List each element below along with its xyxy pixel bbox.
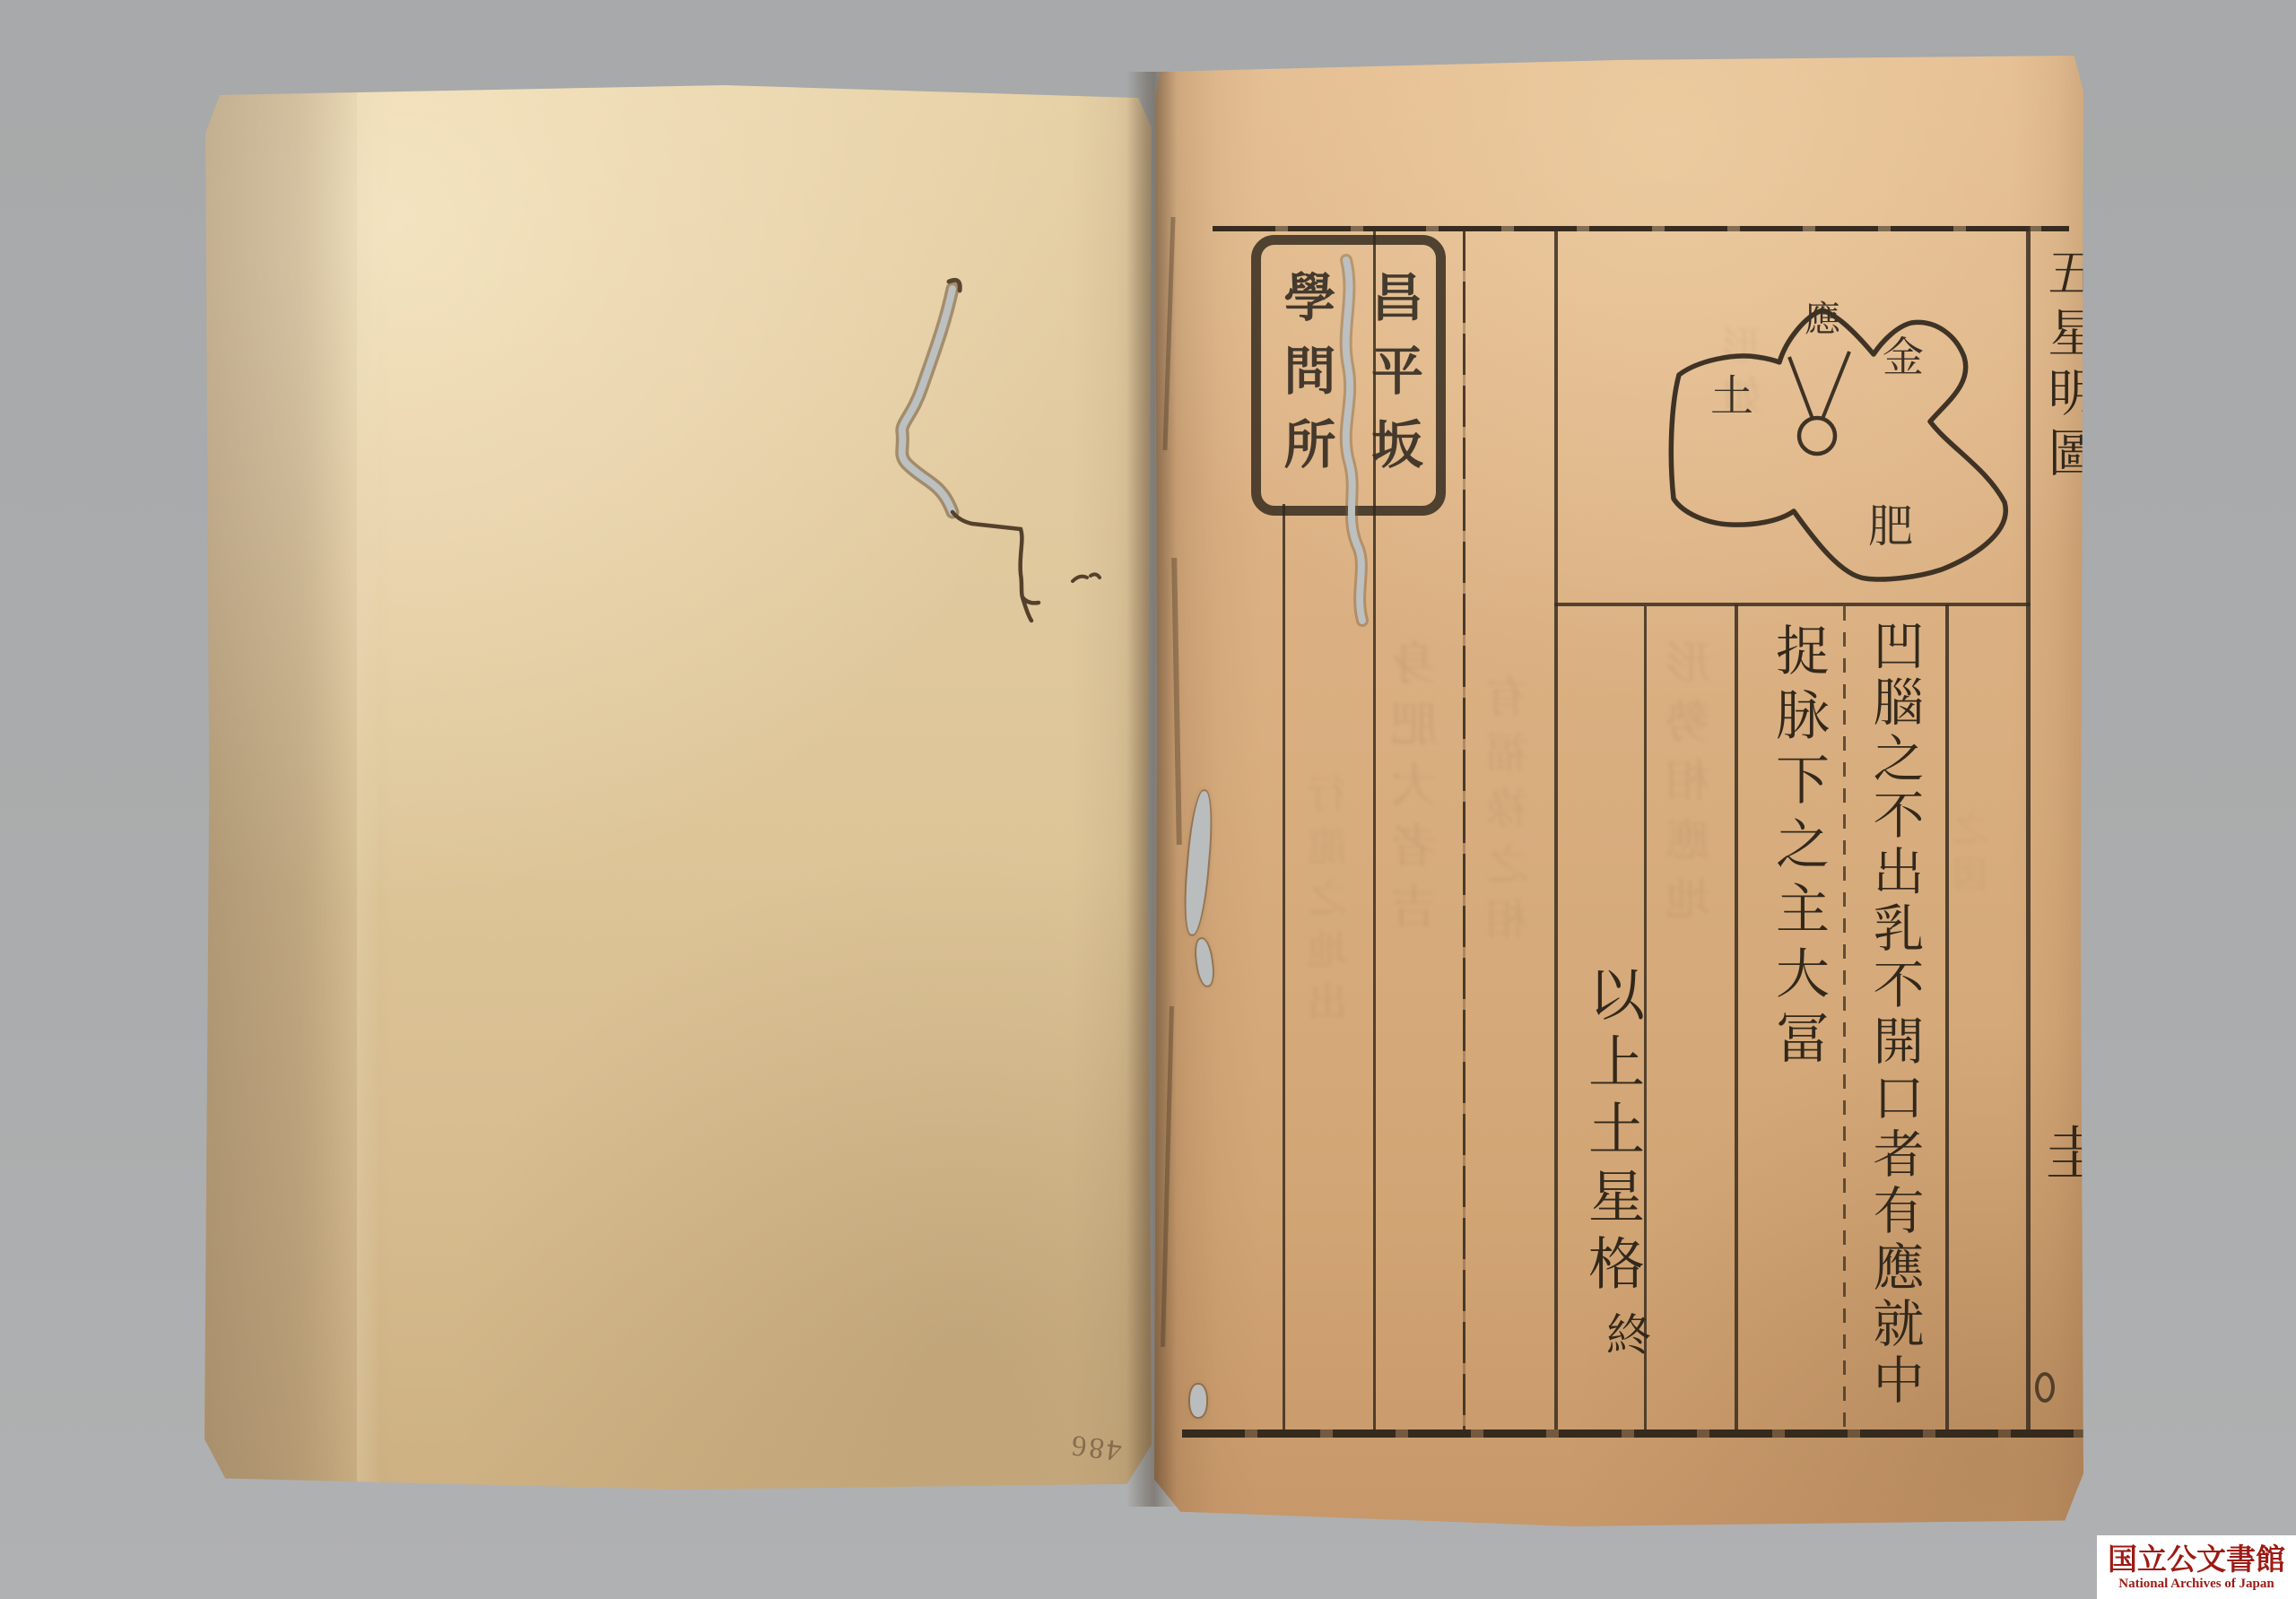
- frame-right-border: [2026, 226, 2031, 1430]
- diagram-label-bottom: 肥: [1868, 500, 1913, 552]
- gutter-tear-patch: [1194, 938, 1214, 986]
- left-page: 486: [204, 85, 1152, 1490]
- scanned-book-spread: 486 昌平坂 學問所 應: [0, 0, 2296, 1599]
- diagram-node-lines: [1789, 352, 1849, 419]
- bleedthrough-column: 有福祿之相: [1466, 674, 1556, 952]
- seal-crack: [1307, 253, 1414, 630]
- column-rule-7: [1843, 606, 1846, 1430]
- text-end-mark: 終: [1598, 1311, 1652, 1356]
- diagram-node-circle: [1799, 418, 1835, 454]
- gutter-tear-patch: [1190, 1385, 1206, 1417]
- frame-bottom-border: [1182, 1430, 2083, 1438]
- column-rule-8: [1945, 604, 1949, 1430]
- diagram-label-top: 應: [1805, 299, 1841, 340]
- text-column-second: 捉脉下之主大冨: [1760, 622, 1837, 1074]
- text-column-closing: 以上土星格: [1569, 965, 1655, 1301]
- right-page: 昌平坂 學問所 應 金 土 肥 凹腦之不出乳不開口者有應就中 捉脉下之主大冨 以…: [1154, 56, 2083, 1526]
- text-column-main: 凹腦之不出乳不開口者有應就中: [1854, 619, 1935, 1410]
- archives-watermark-jp: 国立公文書館: [2108, 1543, 2285, 1577]
- archives-watermark-en: National Archives of Japan: [2118, 1577, 2274, 1592]
- fold-ink-mark: [2035, 1372, 2055, 1403]
- pencil-folio-number: 486: [1067, 1428, 1124, 1467]
- bleedthrough-column: 行龍之地出: [1287, 773, 1377, 1033]
- gutter-tear-patch: [1182, 790, 1214, 934]
- column-rule-1: [1283, 504, 1285, 1430]
- bleedthrough-column: 形勢相應地: [1649, 639, 1735, 934]
- diagram-label-right: 金: [1883, 333, 1924, 381]
- book-gutter-shadow: [1126, 72, 1177, 1507]
- archives-watermark: 国立公文書館 National Archives of Japan: [2097, 1535, 2296, 1599]
- column-rule-6: [1735, 604, 1738, 1430]
- left-page-shadow-band: [204, 85, 375, 1490]
- left-page-band-edge: [357, 85, 380, 1490]
- margin-title: 五星明圖: [2038, 246, 2083, 486]
- bleedthrough-column: 之図: [1933, 809, 2013, 902]
- bleedthrough-column: 形如: [1706, 325, 1787, 425]
- margin-folio-glyph: 圭: [2038, 1123, 2083, 1180]
- bleedthrough-column: 身肥大者吉: [1374, 639, 1464, 943]
- left-page-tear: [886, 269, 1152, 664]
